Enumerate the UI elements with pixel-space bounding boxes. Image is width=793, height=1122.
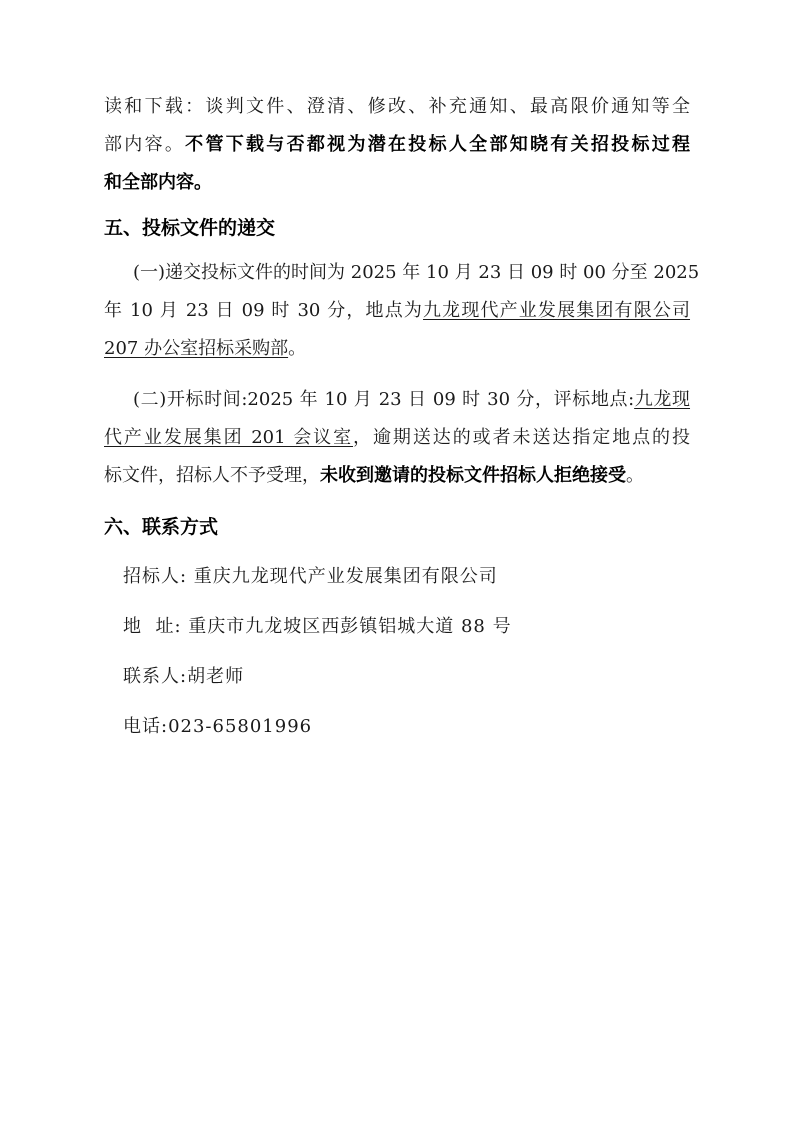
submission-time-line-1: (一)递交投标文件的时间为 2025 年 10 月 23 日 09 时 00 分… [104,258,690,288]
opening-time-line-2: 代产业发展集团 201 会议室，逾期送达的或者未送达指定地点的投 [104,423,690,453]
submission-time-text-2: 年 10 月 23 日 09 时 30 分，地点为 [104,300,423,321]
download-paragraph-line-1: 读和下载：谈判文件、澄清、修改、补充通知、最高限价通知等全 [104,92,690,122]
evaluation-location-underlined: 代产业发展集团 201 会议室 [104,427,353,448]
submission-time-line-3: 207 办公室招标采购部。 [104,334,690,364]
sentence-end: 。 [626,465,644,486]
submission-location-underlined: 九龙现代产业发展集团有限公司 [423,300,690,321]
contact-person-line: 联系人:胡老师 [123,662,244,692]
submission-time-text: (一)递交投标文件的时间为 2025 年 10 月 23 日 09 时 00 分… [133,262,699,283]
opening-time-text: (二)开标时间:2025 年 10 月 23 日 09 时 30 分，评标地点: [133,389,634,410]
opening-time-line-1: (二)开标时间:2025 年 10 月 23 日 09 时 30 分，评标地点:… [104,385,690,415]
download-notice-bold: 不管下载与否都视为潜在投标人全部知晓有关招投标过程 [185,134,690,155]
download-text: 读和下载：谈判文件、澄清、修改、补充通知、最高限价通知等全 [104,96,690,117]
download-text-plain: 部内容。 [104,134,185,155]
download-paragraph-line-2: 部内容。不管下载与否都视为潜在投标人全部知晓有关招投标过程 [104,130,690,160]
submission-office-underlined: 207 办公室招标采购部 [104,338,288,359]
sentence-end: 。 [288,338,306,359]
download-notice-bold-end: 和全部内容。 [104,172,212,193]
submission-time-line-2: 年 10 月 23 日 09 时 30 分，地点为九龙现代产业发展集团有限公司 [104,296,690,326]
phone-line: 电话:023-65801996 [123,712,312,742]
uninvited-rejection-bold: 未收到邀请的投标文件招标人拒绝接受 [320,465,626,486]
section-5-heading: 五、投标文件的递交 [104,213,275,243]
tenderer-line: 招标人: 重庆九龙现代产业发展集团有限公司 [123,562,498,592]
rejection-text: 标文件，招标人不予受理， [104,465,320,486]
address-line: 地 址: 重庆市九龙坡区西彭镇铝城大道 88 号 [123,612,512,642]
opening-time-line-3: 标文件，招标人不予受理，未收到邀请的投标文件招标人拒绝接受。 [104,461,690,491]
section-6-heading: 六、联系方式 [104,512,218,542]
evaluation-location-underlined-start: 九龙现 [634,389,690,410]
late-submission-text: ，逾期送达的或者未送达指定地点的投 [353,427,690,448]
download-paragraph-line-3: 和全部内容。 [104,168,690,198]
